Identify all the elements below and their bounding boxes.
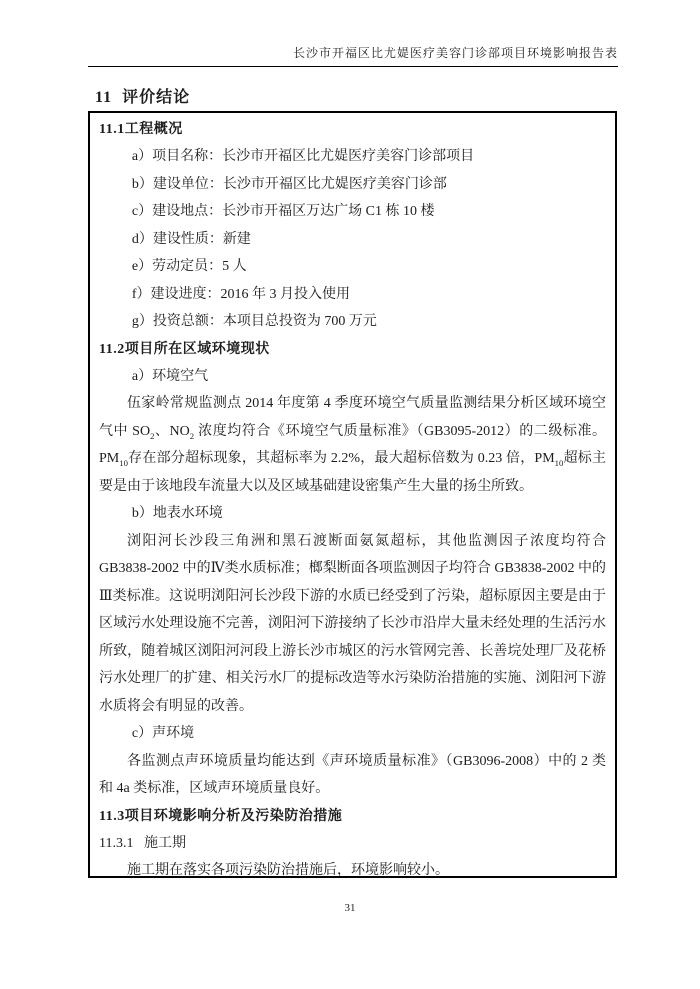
surface-water-label: b）地表水环境 — [99, 500, 606, 528]
surface-water-paragraph: 浏阳河长沙段三角洲和黑石渡断面氨氮超标，其他监测因子浓度均符合 GB3838-2… — [99, 528, 606, 721]
report-table-cell: 11.1工程概况 a）项目名称：长沙市开福区比尤媞医疗美容门诊部项目 b）建设单… — [88, 111, 617, 878]
page-number: 31 — [345, 902, 356, 914]
construction-unit-item: b）建设单位：长沙市开福区比尤媞医疗美容门诊部 — [99, 171, 606, 199]
total-investment-item: g）投资总额：本项目总投资为 700 万元 — [99, 308, 606, 336]
heading-11-3-impact-analysis: 11.3项目环境影响分析及污染防治措施 — [99, 803, 606, 830]
page-footer: 31 — [0, 902, 700, 914]
acoustic-environment-label: c）声环境 — [99, 720, 606, 748]
project-name-item: a）项目名称：长沙市开福区比尤媞医疗美容门诊部项目 — [99, 143, 606, 171]
ambient-air-label: a）环境空气 — [99, 363, 606, 391]
page-header: 长沙市开福区比尤媞医疗美容门诊部项目环境影响报告表 — [88, 46, 618, 67]
staff-quota-item: e）劳动定员：5 人 — [99, 253, 606, 281]
section-title: 11 评价结论 — [95, 84, 190, 107]
construction-nature-item: d）建设性质：新建 — [99, 226, 606, 254]
construction-period-paragraph: 施工期在落实各项污染防治措施后，环境影响较小。 — [99, 857, 606, 885]
heading-11-3-1-construction-period: 11.3.1 施工期 — [99, 830, 606, 858]
ambient-air-paragraph: 伍家岭常规监测点 2014 年度第 4 季度环境空气质量监测结果分析区域环境空气… — [99, 390, 606, 500]
document-page: 长沙市开福区比尤媞医疗美容门诊部项目环境影响报告表 11 评价结论 11.1工程… — [0, 0, 700, 989]
construction-schedule-item: f）建设进度：2016 年 3 月投入使用 — [99, 281, 606, 309]
heading-11-2-regional-environment: 11.2项目所在区域环境现状 — [99, 336, 606, 363]
acoustic-environment-paragraph: 各监测点声环境质量均能达到《声环境质量标准》（GB3096-2008）中的 2 … — [99, 748, 606, 803]
construction-site-item: c）建设地点：长沙市开福区万达广场 C1 栋 10 楼 — [99, 198, 606, 226]
running-header-title: 长沙市开福区比尤媞医疗美容门诊部项目环境影响报告表 — [293, 46, 618, 60]
heading-11-1-project-overview: 11.1工程概况 — [99, 116, 606, 143]
